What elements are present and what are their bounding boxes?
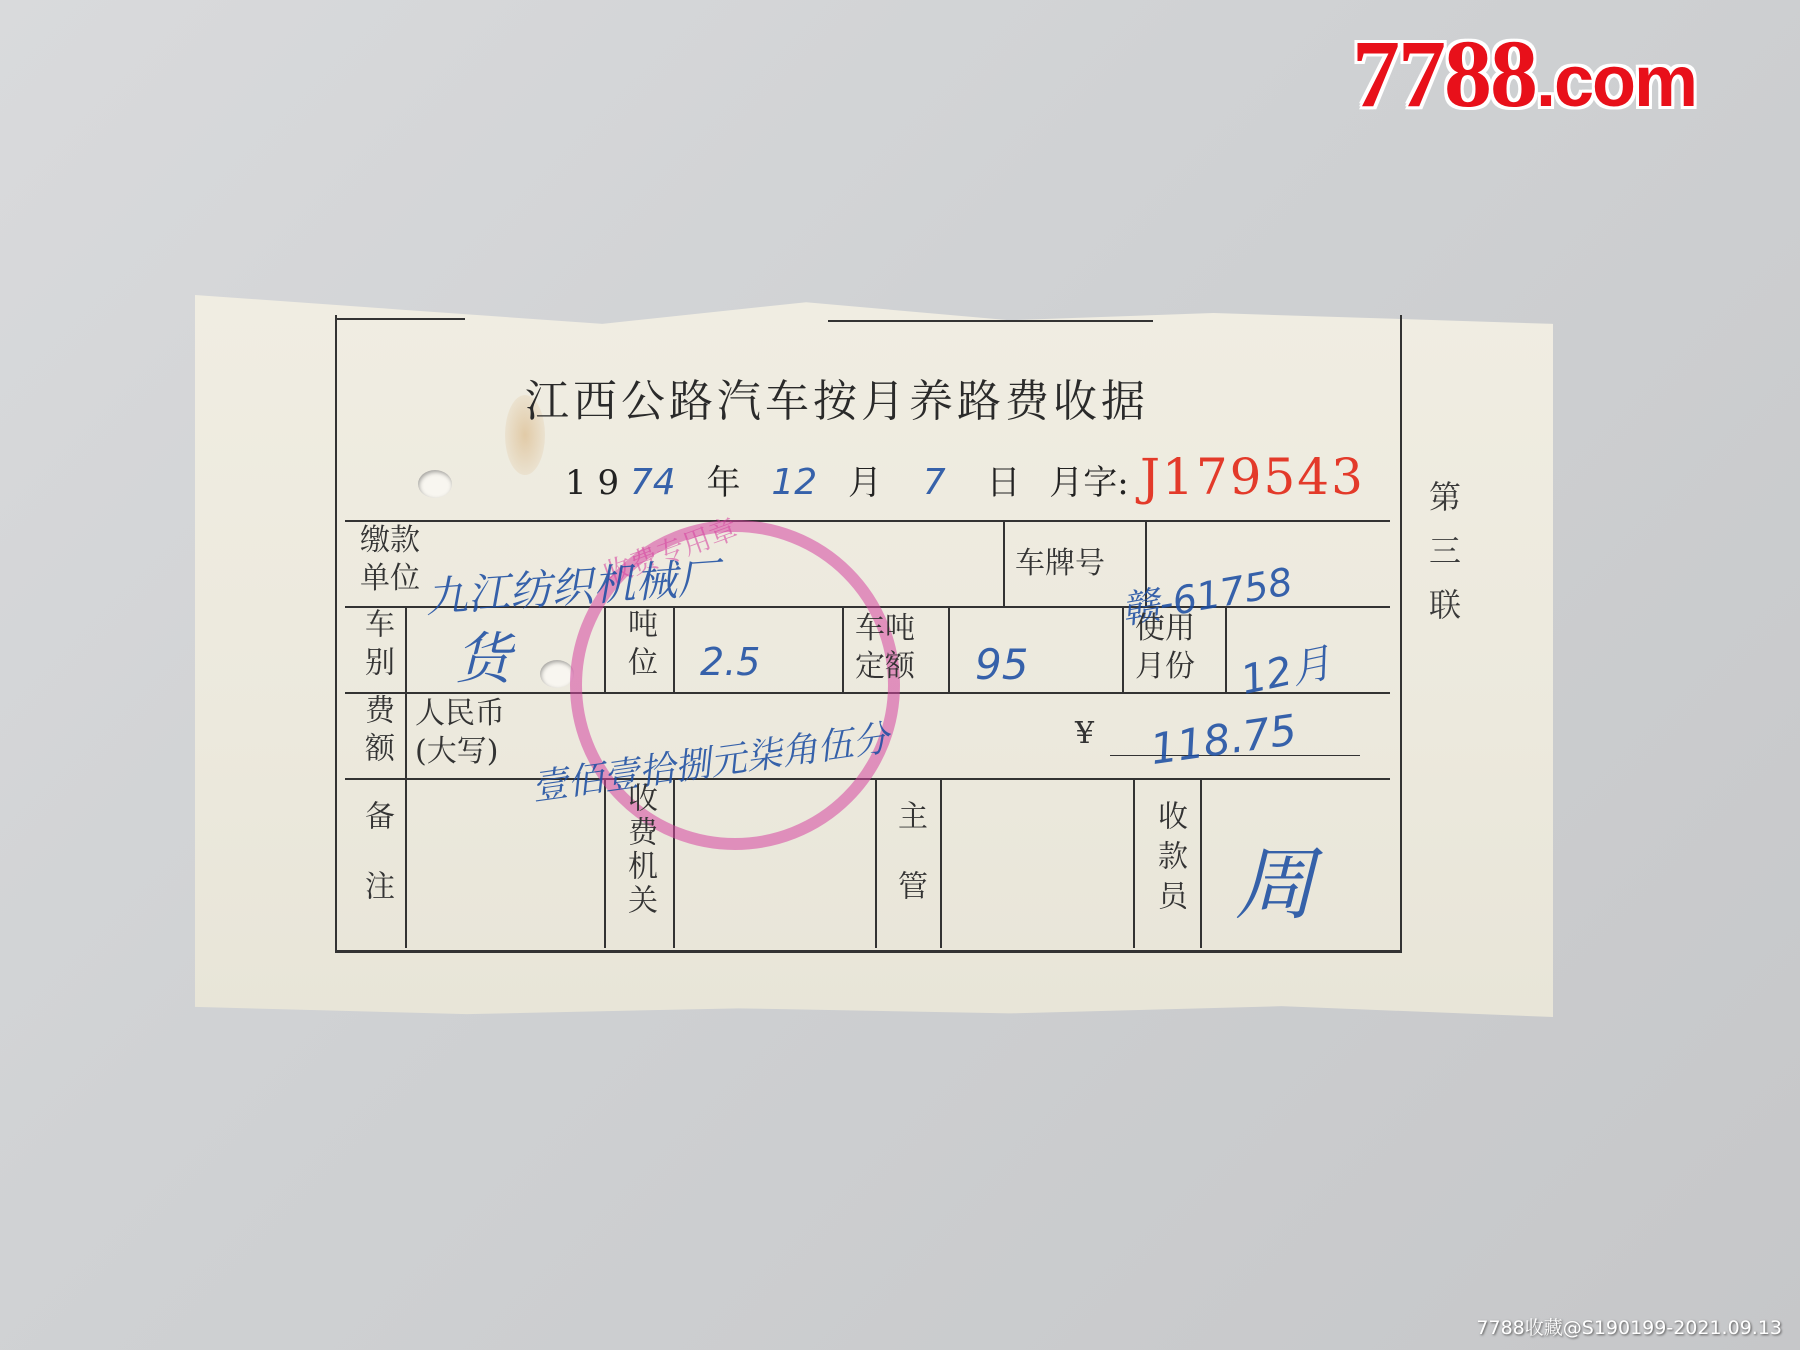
- top-border-fragment: [335, 318, 465, 320]
- tonnage-value: 2.5: [700, 640, 760, 684]
- day-handwritten: 7: [923, 462, 946, 503]
- series-label: 月字:: [1049, 463, 1128, 503]
- col-divider: [604, 780, 606, 948]
- col-divider: [1133, 780, 1135, 948]
- date-line: 1 9 74 年 12 月 7 日 月字:: [565, 455, 1129, 504]
- supervisor-label: 主管: [890, 800, 928, 940]
- serial-number: J179543: [1140, 448, 1365, 506]
- cashier-label: 收款员: [1150, 800, 1188, 920]
- yen-symbol: ¥: [1075, 715, 1094, 753]
- usage-month-label: 使用月份: [1135, 610, 1215, 686]
- agency-label: 收费机关: [620, 782, 658, 918]
- col-divider: [875, 780, 877, 948]
- copy-number-label: 第三联: [1420, 480, 1466, 642]
- quota-value: 95: [975, 640, 1028, 689]
- year-prefix: 1 9: [565, 463, 619, 503]
- vehicle-type-value: 货: [455, 615, 511, 695]
- col-divider: [940, 780, 942, 948]
- watermark-suffix: .com: [1536, 42, 1696, 122]
- day-label: 日: [986, 463, 1020, 503]
- vehicle-type-label: 车别: [357, 608, 395, 684]
- row-divider: [345, 520, 1390, 522]
- col-divider: [1225, 608, 1227, 692]
- currency-label: 人民币(大写): [415, 695, 525, 771]
- cashier-signature: 周: [1235, 820, 1315, 935]
- col-divider: [405, 608, 407, 948]
- footer-credit: 7788收藏@S190199-2021.09.13: [1476, 1313, 1782, 1340]
- col-divider: [948, 608, 950, 692]
- site-watermark: 7788.com: [1352, 18, 1696, 129]
- plate-label: 车牌号: [1015, 545, 1105, 583]
- fee-label: 费额: [357, 694, 395, 770]
- col-divider: [1200, 780, 1202, 948]
- month-label: 月: [848, 463, 882, 503]
- quota-label: 车吨定额: [855, 610, 935, 686]
- month-handwritten: 12: [771, 462, 817, 503]
- col-divider: [1003, 522, 1005, 606]
- year-handwritten: 74: [630, 462, 676, 503]
- tonnage-label: 吨位: [620, 608, 658, 684]
- watermark-brand: 7788: [1352, 20, 1536, 127]
- receipt-title: 江西公路汽车按月养路费收据: [525, 365, 1149, 429]
- year-label: 年: [707, 463, 741, 503]
- remarks-label: 备注: [357, 800, 395, 940]
- top-border-fragment: [828, 320, 1153, 322]
